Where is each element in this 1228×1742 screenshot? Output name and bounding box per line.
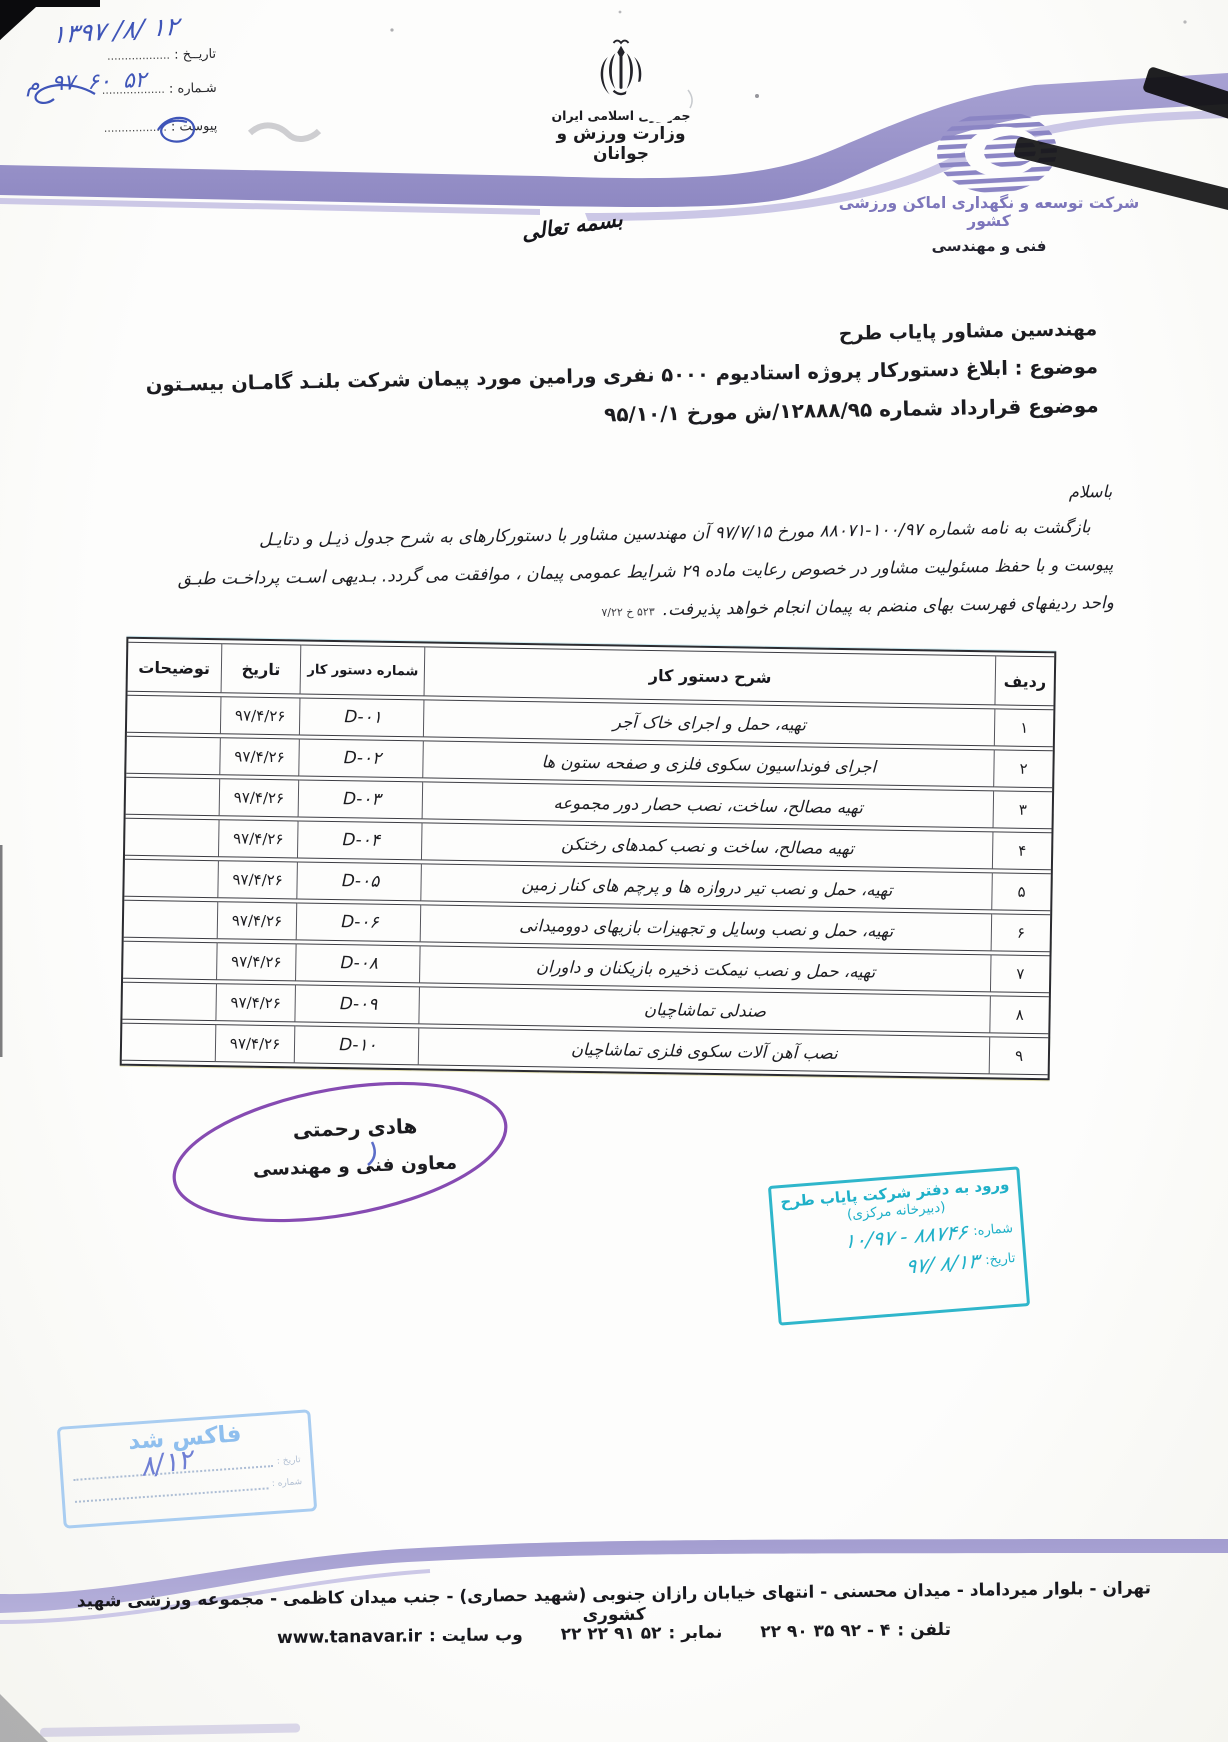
row-order-number: D-۰۳: [299, 779, 424, 819]
handwritten-number: م ۹۷ ۶۰ ۵۲: [26, 68, 147, 97]
row-description: تهیه، حمل و نصب وسایل و تجهیزات بازیهای …: [421, 904, 992, 951]
row-notes: [126, 777, 220, 816]
signer-name: هادی رحمتی: [240, 1112, 471, 1144]
row-number: ۴: [993, 831, 1051, 870]
row-number: ۵: [992, 872, 1050, 911]
row-number: ۲: [994, 749, 1052, 788]
date-label: تاریــخ :: [174, 47, 216, 63]
body-line-1: بازگشت به نامه شماره ۱۰۰/۹۷-۸۸۰۷۱ مورخ ۹…: [113, 513, 1113, 558]
website-label: وب سایت :: [429, 1625, 523, 1646]
row-date: ۹۷/۴/۲۶: [217, 942, 298, 981]
handwritten-number-part: ۹۷: [51, 70, 75, 96]
work-orders-table: ردیف شرح دستور کار شماره دستور کار تاریخ…: [120, 637, 1057, 1081]
row-order-number: D-۰۱: [300, 697, 425, 737]
entry-stamp-number-value: ۱۰/۹۷ - ۸۸۷۴۶: [844, 1220, 968, 1254]
handwritten-number-part: م: [26, 72, 40, 97]
header-notes: توضیحات: [128, 642, 222, 693]
handwritten-date: ۱۳۹۷ /۸/ ۱۲: [51, 11, 179, 49]
letterhead-fields: تاریــخ : .................. شـماره : ..…: [86, 47, 216, 49]
phone-label: تلفن :: [897, 1620, 951, 1641]
body-line-3: واحد ردیفهای فهرست بهای منضم به پیمان ان…: [114, 589, 1114, 635]
attachment-dots: ..................: [104, 121, 167, 135]
fax-value: ۲۲ ۲۲ ۹۱ ۵۲: [561, 1623, 662, 1644]
row-order-number: D-۱۰: [295, 1025, 420, 1065]
salutation: باسلام: [112, 482, 1112, 517]
row-notes: [127, 695, 221, 734]
row-date: ۹۷/۴/۲۶: [220, 696, 301, 735]
header-date: تاریخ: [221, 643, 302, 694]
body-line-3-text: واحد ردیفهای فهرست بهای منضم به پیمان ان…: [663, 593, 1115, 620]
row-notes: [122, 982, 216, 1021]
phone-value: ۲۲ ۹۰ ۳۵ ۹۲ - ۴: [760, 1621, 890, 1643]
ministry-name: وزارت ورزش و جوانان: [537, 124, 705, 164]
number-label: شـماره :: [169, 81, 217, 97]
ministry-header: جمهوری اسلامی ایران وزارت ورزش و جوانان: [537, 38, 705, 164]
signer-title: معاون فنی و مهندسی: [212, 1151, 499, 1182]
row-number: ۹: [990, 1036, 1048, 1075]
row-number: ۸: [991, 995, 1049, 1034]
scanned-letter-page: تاریــخ : .................. شـماره : ..…: [0, 0, 1228, 1742]
subject-block: مهندسین مشاور پایاب طرح موضوع : ابلاغ دس…: [112, 318, 1099, 436]
row-description: تهیه، حمل و نصب تیر دروازه ها و پرچم های…: [422, 863, 993, 910]
row-description: صندلی تماشاچیان: [420, 986, 991, 1033]
row-number: ۷: [991, 954, 1049, 993]
entry-stamp: ورود به دفتر شرکت پایاب طرح (دبیرخانه مر…: [768, 1166, 1030, 1325]
row-date: ۹۷/۴/۲۶: [218, 860, 299, 899]
row-date: ۹۷/۴/۲۶: [215, 1024, 296, 1063]
letter-body: باسلام بازگشت به نامه شماره ۱۰۰/۹۷-۸۸۰۷۱…: [112, 482, 1114, 644]
government-line: جمهوری اسلامی ایران: [537, 108, 705, 123]
website-value: www.tanavar.ir: [277, 1626, 422, 1648]
row-description: تهیه مصالح، ساخت، نصب حصار دور مجموعه: [423, 781, 994, 828]
company-header: شرکت توسعه و نگهداری اماکن ورزشی کشور فن…: [826, 194, 1152, 255]
row-notes: [122, 1023, 216, 1062]
margin-note: ۵۲۳ خ ۷/۲۲: [601, 605, 654, 619]
entry-stamp-date-value: ۹۷/ ۸/۱۳: [905, 1249, 980, 1279]
date-dots: ..................: [107, 49, 170, 63]
row-date: ۹۷/۴/۲۶: [218, 819, 299, 858]
row-number: ۶: [992, 913, 1050, 952]
row-order-number: D-۰۴: [298, 820, 423, 860]
handwritten-number-part: ۶۰: [87, 69, 111, 95]
recipient-line: مهندسین مشاور پایاب طرح: [112, 318, 1097, 359]
fax-stamp-date-label: تاریخ :: [277, 1455, 301, 1467]
row-notes: [126, 736, 220, 775]
row-order-number: D-۰۸: [297, 943, 422, 983]
row-order-number: D-۰۹: [296, 984, 421, 1024]
row-notes: [125, 818, 219, 857]
iran-emblem-icon: [591, 38, 651, 106]
row-description: نصب آهن آلات سکوی فلزی تماشاچیان: [419, 1027, 990, 1074]
row-number: ۱: [995, 708, 1053, 747]
row-order-number: D-۰۲: [300, 738, 425, 778]
header-order-number: شماره دستور کار: [301, 644, 426, 696]
subject-line: موضوع : ابلاغ دستورکار پروژه استادیوم ۵۰…: [113, 355, 1098, 397]
row-notes: [123, 941, 217, 980]
row-order-number: D-۰۵: [298, 861, 423, 901]
header-description: شرح دستور کار: [425, 646, 997, 705]
company-department: فنی و مهندسی: [826, 237, 1152, 255]
row-notes: [124, 859, 218, 898]
footer-fax: نمابر : ۲۲ ۲۲ ۹۱ ۵۲: [561, 1623, 723, 1645]
fax-stamp-number-dots: [75, 1487, 268, 1502]
footer-phone: تلفن : ۲۲ ۹۰ ۳۵ ۹۲ - ۴: [760, 1620, 951, 1642]
body-line-2: پیوست و با حفظ مسئولیت مشاور در خصوص رعا…: [113, 551, 1113, 596]
row-date: ۹۷/۴/۲۶: [220, 737, 301, 776]
date-field: تاریــخ : ..................: [107, 47, 216, 64]
attachment-label: پیوست :: [171, 119, 218, 135]
entry-stamp-number-label: شماره:: [973, 1221, 1014, 1239]
header-row-number: ردیف: [996, 655, 1055, 706]
handwritten-number-part: ۵۲: [122, 68, 146, 94]
row-description: اجرای فونداسیون سکوی فلزی و صفحه ستون ها: [424, 740, 995, 787]
row-number: ۳: [994, 790, 1052, 829]
row-date: ۹۷/۴/۲۶: [219, 778, 300, 817]
row-date: ۹۷/۴/۲۶: [217, 901, 298, 940]
row-date: ۹۷/۴/۲۶: [216, 983, 297, 1022]
fax-label: نمابر :: [668, 1623, 722, 1644]
footer-website: وب سایت : www.tanavar.ir: [277, 1625, 523, 1648]
row-order-number: D-۰۶: [297, 902, 422, 942]
row-description: تهیه مصالح، ساخت و نصب کمدهای رختکن: [422, 822, 993, 869]
besmellah-calligraphy: بسمه تعالی: [481, 202, 663, 251]
row-description: تهیه، حمل و اجرای خاک آجر: [424, 699, 995, 746]
row-notes: [124, 900, 218, 939]
attachment-field: پیوست : ..................: [104, 119, 218, 136]
row-description: تهیه، حمل و نصب نیمکت ذخیره بازیکنان و د…: [420, 945, 991, 992]
contract-line: موضوع قرارداد شماره ۱۲۸۸۸/۹۵/ش مورخ ۹۵/۱…: [114, 393, 1099, 436]
fax-stamp-number-label: شماره :: [271, 1477, 302, 1489]
company-name: شرکت توسعه و نگهداری اماکن ورزشی کشور: [826, 194, 1152, 230]
entry-stamp-date-label: تاریخ:: [985, 1250, 1016, 1267]
company-logo-icon: [931, 103, 1068, 204]
